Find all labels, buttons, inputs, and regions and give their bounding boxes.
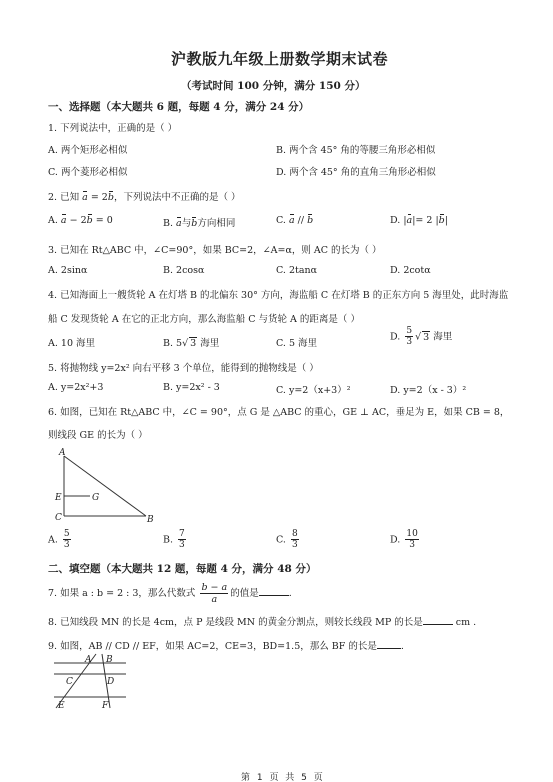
q8-text: 8. 已知线段 MN 的长是 4cm，点 P 是线段 MN 的黄金分割点，则较长…	[48, 617, 423, 628]
expr: 方向相同	[197, 218, 235, 229]
fraction: 83	[291, 530, 299, 550]
q6-option-a: A. 53	[48, 530, 73, 550]
vector-a: a	[176, 218, 182, 229]
fraction: 103	[405, 530, 418, 550]
q3-option-c: C. 2tanα	[276, 265, 317, 276]
q1-option-d: D. 两个含 45° 角的直角三角形必相似	[276, 164, 436, 178]
answer-blank[interactable]	[377, 648, 401, 649]
segment-ab	[64, 456, 146, 516]
page-title: 沪教版九年级上册数学期末试卷	[171, 48, 388, 69]
q4-option-a: A. 10 海里	[48, 335, 95, 349]
label-e: E	[54, 493, 62, 503]
numerator: b − a	[200, 583, 228, 594]
answer-blank[interactable]	[423, 624, 453, 625]
answer-blank[interactable]	[259, 595, 289, 596]
q2-option-b: B. a与b方向相同	[163, 215, 235, 229]
triangle-figure: A E G C B	[48, 444, 168, 526]
expr: |	[445, 215, 448, 226]
parallel-lines-figure: A B C D E F	[50, 652, 130, 710]
expr: 海里	[430, 332, 452, 343]
sqrt-symbol-icon: √	[415, 332, 421, 343]
label-c: C	[66, 677, 73, 687]
q2-option-c: C. a // b	[276, 215, 313, 226]
question-1: 1. 下列说法中，正确的是（ ）	[48, 120, 177, 134]
expr: = 0	[93, 215, 113, 226]
vector-b: b	[87, 215, 93, 226]
radicand: 3	[422, 331, 430, 343]
label-e: E	[57, 701, 65, 710]
question-3: 3. 已知在 Rt△ABC 中，∠C=90°，如果 BC=2，∠A=α，则 AC…	[48, 242, 382, 256]
q9-text: 9. 如图，AB // CD // EF，如果 AC=2，CE=3，BD=1.5…	[48, 641, 377, 652]
radicand: 3	[189, 337, 197, 349]
q5-option-b: B. y=2x² - 3	[163, 382, 220, 393]
q3-option-d: D. 2cotα	[390, 265, 431, 276]
denominator: 3	[179, 540, 185, 550]
option-label: A.	[48, 535, 58, 546]
q2-stem-suffix: ，下列说法中不正确的是（ ）	[114, 192, 241, 203]
q1-option-b: B. 两个含 45° 角的等腰三角形必相似	[276, 142, 435, 156]
option-label: B.	[163, 218, 173, 229]
q1-option-c: C. 两个菱形必相似	[48, 164, 127, 178]
question-6-line-2: 则线段 GE 的长为（ ）	[48, 427, 148, 441]
vector-a: a	[407, 215, 413, 226]
denominator: 3	[406, 337, 412, 347]
numerator: 7	[178, 530, 186, 540]
expr: |= 2 |	[412, 215, 438, 226]
exam-info: （考试时间 100 分钟，满分 150 分）	[181, 78, 365, 93]
q5-option-a: A. y=2x²+3	[48, 382, 103, 393]
q6-option-c: C. 83	[276, 530, 301, 550]
sqrt-symbol-icon: √	[182, 338, 188, 349]
question-4-line-1: 4. 已知海面上一艘货轮 A 在灯塔 B 的北偏东 30° 方向，海监船 C 在…	[48, 287, 508, 301]
denominator: 3	[409, 540, 415, 550]
q9-end: .	[401, 641, 404, 652]
q2-option-d: D. |a|= 2 |b|	[390, 215, 448, 226]
q7-suffix: 的值是	[230, 588, 259, 599]
page-number: 第 1 页 共 5 页	[241, 770, 325, 782]
q4-option-d: D. 53√3 海里	[390, 327, 452, 347]
option-label: D.	[390, 535, 400, 546]
denominator: 3	[64, 540, 70, 550]
q7-prefix: 7. 如果 a : b = 2 : 3，那么代数式	[48, 588, 195, 599]
option-label: D.	[390, 332, 400, 343]
label-f: F	[101, 701, 109, 710]
expr: 与	[182, 218, 192, 229]
q3-option-a: A. 2sinα	[48, 265, 87, 276]
label-b: B	[105, 655, 113, 665]
q1-option-a: A. 两个矩形必相似	[48, 142, 127, 156]
label-a: A	[84, 655, 92, 665]
option-label: D.	[390, 215, 400, 226]
q4-option-c: C. 5 海里	[276, 335, 317, 349]
numerator: 8	[291, 530, 299, 540]
label-g: G	[92, 493, 99, 503]
question-4-line-2: 船 C 发现货轮 A 在它的正北方向，那么海监船 C 与货轮 A 的距离是（ ）	[48, 311, 360, 325]
q2-option-a: A. a − 2b = 0	[48, 215, 113, 226]
vector-b: b	[191, 218, 197, 229]
q5-option-d: D. y=2（x - 3）²	[390, 382, 466, 396]
fraction: 73	[178, 530, 186, 550]
question-2: 2. 已知 a = 2b，下列说法中不正确的是（ ）	[48, 189, 240, 203]
label-d: D	[106, 677, 114, 687]
q7-end: .	[289, 588, 292, 599]
expr: − 2	[67, 215, 87, 226]
question-6-line-1: 6. 如图，已知在 Rt△ABC 中，∠C = 90°，点 G 是 △ABC 的…	[48, 404, 509, 418]
option-label: C.	[276, 535, 286, 546]
numerator: 10	[405, 530, 418, 540]
question-8: 8. 已知线段 MN 的长是 4cm，点 P 是线段 MN 的黄金分割点，则较长…	[48, 614, 476, 628]
option-label: C.	[276, 215, 286, 226]
vector-b: b	[307, 215, 313, 226]
q8-end: cm .	[453, 617, 476, 628]
numerator: 5	[405, 327, 413, 337]
fraction: 53	[63, 530, 71, 550]
expr: 海里	[197, 338, 219, 349]
question-7: 7. 如果 a : b = 2 : 3，那么代数式 b − aa的值是.	[48, 583, 292, 604]
section-heading-choice: 一、选择题（本大题共 6 题，每题 4 分，满分 24 分）	[48, 99, 309, 114]
option-label: B.	[163, 535, 173, 546]
q3-option-b: B. 2cosα	[163, 265, 204, 276]
option-label: A.	[48, 215, 58, 226]
denominator: 3	[292, 540, 298, 550]
vector-b: b	[439, 215, 445, 226]
fraction: 53	[405, 327, 413, 347]
numerator: 5	[63, 530, 71, 540]
vector-a: a	[289, 215, 295, 226]
vector-a: a	[82, 192, 88, 203]
q2-stem-prefix: 2. 已知	[48, 192, 79, 203]
q4-option-b: B. 5√3 海里	[163, 335, 219, 349]
question-5: 5. 将抛物线 y=2x² 向右平移 3 个单位，能得到的抛物线是（ ）	[48, 360, 319, 374]
q6-option-d: D. 103	[390, 530, 421, 550]
q2-eq: = 2	[88, 192, 108, 203]
label-c: C	[55, 513, 62, 523]
denominator: a	[211, 594, 217, 605]
vector-a: a	[61, 215, 67, 226]
expr: B. 5	[163, 338, 182, 349]
label-a: A	[58, 448, 66, 458]
expr: //	[295, 215, 307, 226]
q5-option-c: C. y=2（x+3）²	[276, 382, 351, 396]
section-heading-fill-in: 二、填空题（本大题共 12 题，每题 4 分，满分 48 分）	[48, 561, 316, 576]
q6-option-b: B. 73	[163, 530, 188, 550]
vector-b: b	[108, 192, 114, 203]
label-b: B	[146, 515, 154, 525]
fraction: b − aa	[200, 583, 228, 604]
question-9: 9. 如图，AB // CD // EF，如果 AC=2，CE=3，BD=1.5…	[48, 638, 404, 652]
